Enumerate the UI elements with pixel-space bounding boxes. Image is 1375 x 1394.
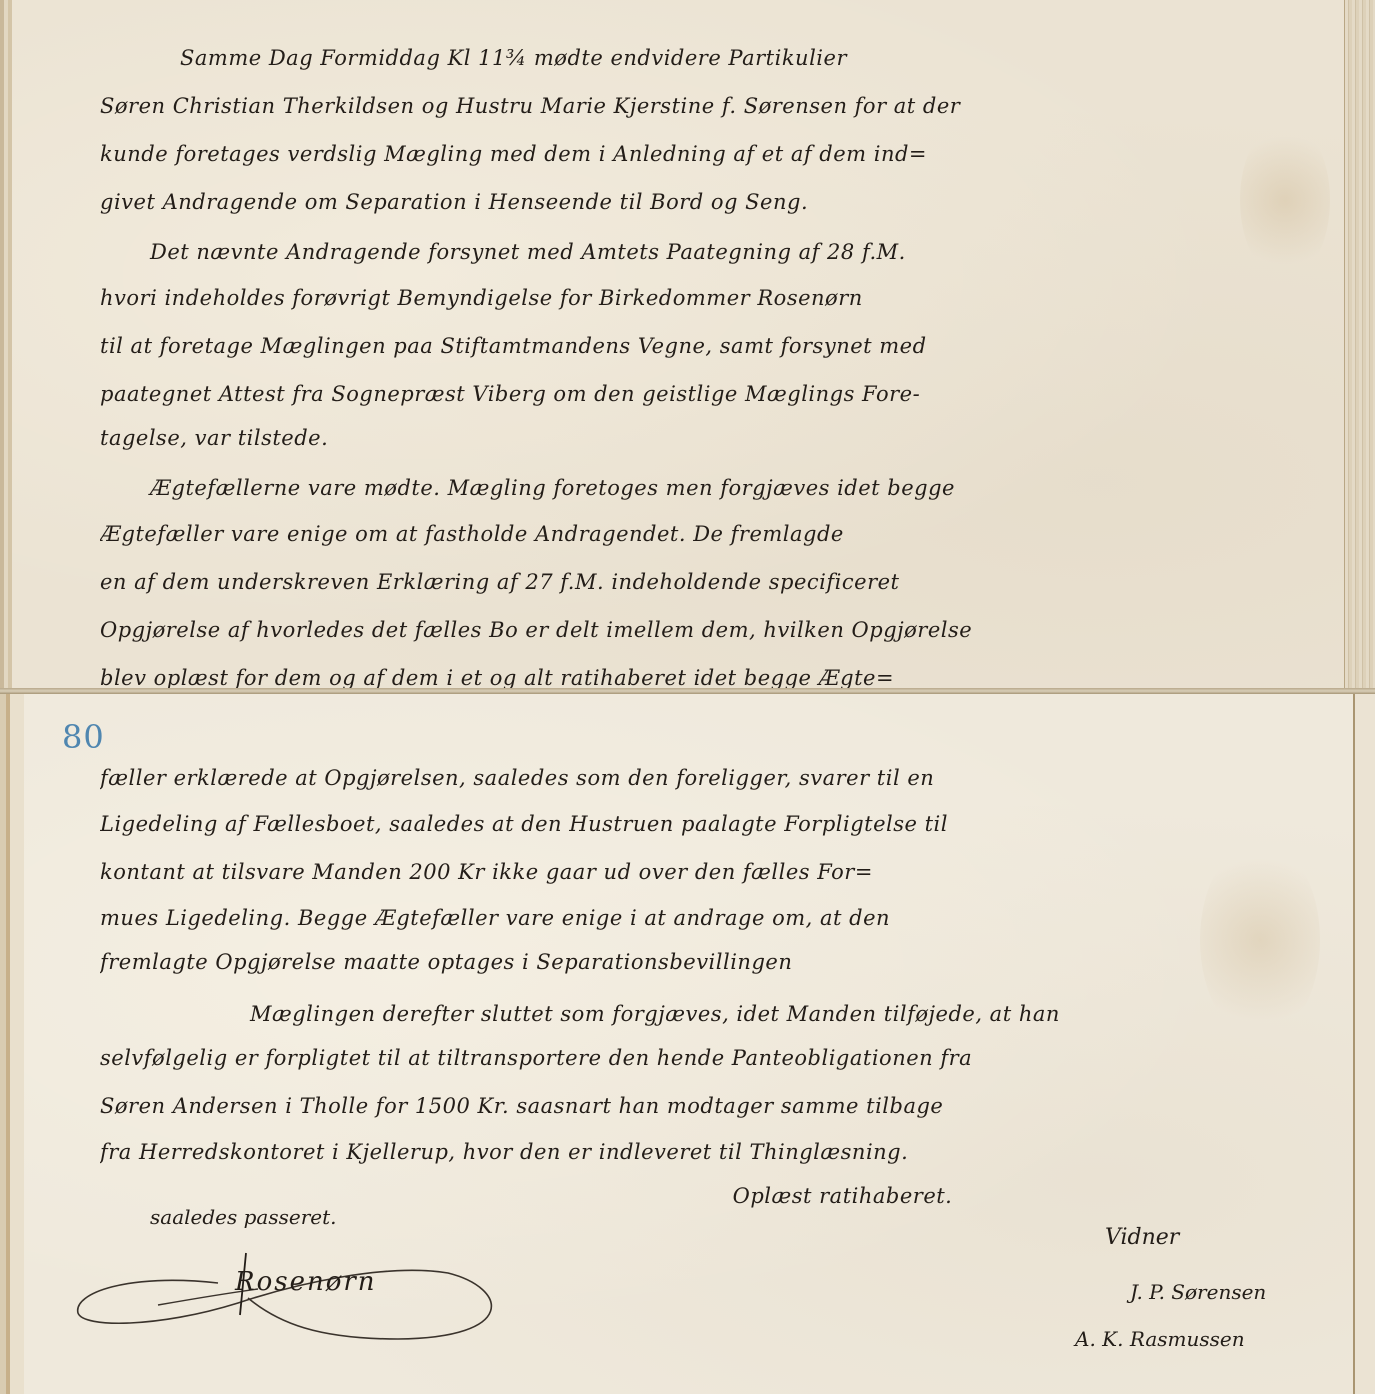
text-line: fra Herredskontoret i Kjellerup, hvor de…	[100, 1132, 1325, 1172]
text-line: Det nævnte Andragende forsynet med Amtet…	[100, 232, 1325, 272]
text-line: Mæglingen derefter sluttet som forgjæves…	[100, 994, 1325, 1034]
page-gutter-edge	[1353, 690, 1375, 1394]
folio-number: 80	[62, 718, 105, 756]
witness-signature: J. P. Sørensen	[1130, 1280, 1266, 1304]
page-binding-edge	[0, 0, 12, 690]
judge-signature: Rosenørn	[235, 1267, 377, 1297]
text-line: kunde foretages verdslig Mægling med dem…	[100, 134, 1325, 174]
text-line: Samme Dag Formiddag Kl 11¾ mødte endvide…	[100, 38, 1325, 78]
page-divider	[0, 688, 1375, 694]
passeret-note: saaledes passeret.	[150, 1205, 336, 1229]
text-line: kontant at tilsvare Manden 200 Kr ikke g…	[100, 852, 1325, 892]
text-line: mues Ligedeling. Begge Ægtefæller vare e…	[100, 898, 1325, 938]
witness-label: Vidner	[1105, 1225, 1179, 1250]
text-line: fremlagte Opgjørelse maatte optages i Se…	[100, 942, 1325, 982]
text-line: fæller erklærede at Opgjørelsen, saalede…	[100, 758, 1325, 798]
text-line: tagelse, var tilstede.	[100, 418, 1325, 458]
text-line: Søren Christian Therkildsen og Hustru Ma…	[100, 86, 1325, 126]
witness-signature: A. K. Rasmussen	[1075, 1327, 1245, 1351]
judge-signature-block: saaledes passeret. Rosenørn	[60, 1205, 500, 1315]
text-line: Søren Andersen i Tholle for 1500 Kr. saa…	[100, 1086, 1325, 1126]
text-line: Opgjørelse af hvorledes det fælles Bo er…	[100, 610, 1325, 650]
text-line: Ægtefællerne vare mødte. Mægling foretog…	[100, 468, 1325, 508]
text-line: selvfølgelig er forpligtet til at tiltra…	[100, 1038, 1325, 1078]
text-line: hvori indeholdes forøvrigt Bemyndigelse …	[100, 278, 1325, 318]
text-line: givet Andragende om Separation i Henseen…	[100, 182, 1325, 222]
witness-signature-block: Vidner J. P. Sørensen A. K. Rasmussen	[1060, 1225, 1340, 1375]
page-binding-edge	[0, 690, 24, 1394]
text-line: en af dem underskreven Erklæring af 27 f…	[100, 562, 1325, 602]
text-line: Ligedeling af Fællesboet, saaledes at de…	[100, 804, 1325, 844]
ledger-page-top: Samme Dag Formiddag Kl 11¾ mødte endvide…	[0, 0, 1375, 690]
text-line: til at foretage Mæglingen paa Stiftamtma…	[100, 326, 1325, 366]
text-line: blev oplæst for dem og af dem i et og al…	[100, 658, 1325, 690]
text-line: Ægtefæller vare enige om at fastholde An…	[100, 514, 1325, 554]
page-stack-edge	[1344, 0, 1375, 690]
text-line: paategnet Attest fra Sognepræst Viberg o…	[100, 374, 1325, 414]
